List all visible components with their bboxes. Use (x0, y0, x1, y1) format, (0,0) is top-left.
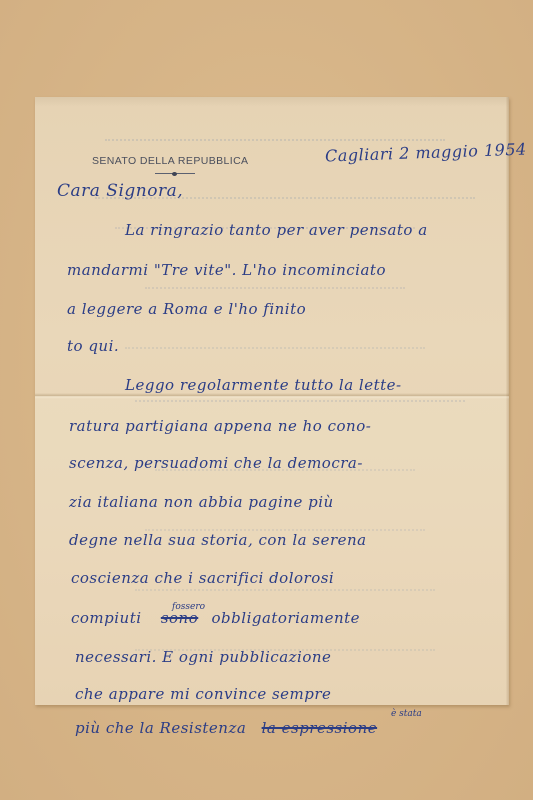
letter-line: mandarmi "Tre vite". L'ho incominciato (67, 261, 386, 279)
letter-line: necessari. E ogni pubblicazione (75, 648, 331, 666)
salutation: Cara Signora, (57, 181, 183, 201)
paper-top-shade (35, 97, 509, 107)
letterhead-ornament-rule (155, 173, 195, 174)
letter-line: compiuti sono obbligatoriamente (71, 609, 360, 627)
struck-word: la espressione (262, 719, 378, 737)
show-through-text (145, 517, 425, 531)
letter-sheet: SENATO DELLA REPUBBLICA Cagliari 2 maggi… (35, 97, 509, 705)
letter-word: più che la Resistenza (75, 719, 246, 737)
correction-insertion: è stata (391, 709, 422, 719)
letter-line: più che la Resistenza la espressione (75, 719, 377, 737)
letter-line: Leggo regolarmente tutto la lette- (125, 376, 402, 394)
show-through-text (125, 335, 425, 349)
show-through-text (105, 127, 445, 141)
correction-insertion: fossero (172, 602, 205, 612)
letter-line: coscienza che i sacrifici dolorosi (71, 569, 334, 587)
letter-line: La ringrazio tanto per aver pensato a (125, 221, 428, 239)
letter-word: obbligatoriamente (212, 609, 361, 627)
letter-line: che appare mi convince sempre (75, 685, 331, 703)
show-through-text (135, 394, 465, 402)
letter-line: a leggere a Roma e l'ho finito (67, 300, 306, 318)
letter-line: to qui. (67, 337, 119, 355)
letter-line: ratura partigiana appena ne ho cono- (69, 417, 371, 435)
letter-line: degne nella sua storia, con la serena (69, 531, 367, 549)
letterhead: SENATO DELLA REPUBBLICA (92, 155, 248, 167)
letter-line: scenza, persuadomi che la democra- (69, 454, 363, 472)
date-line: Cagliari 2 maggio 1954 (325, 139, 527, 165)
letter-line: zia italiana non abbia pagine più (69, 493, 334, 511)
letter-word: compiuti (71, 609, 142, 627)
